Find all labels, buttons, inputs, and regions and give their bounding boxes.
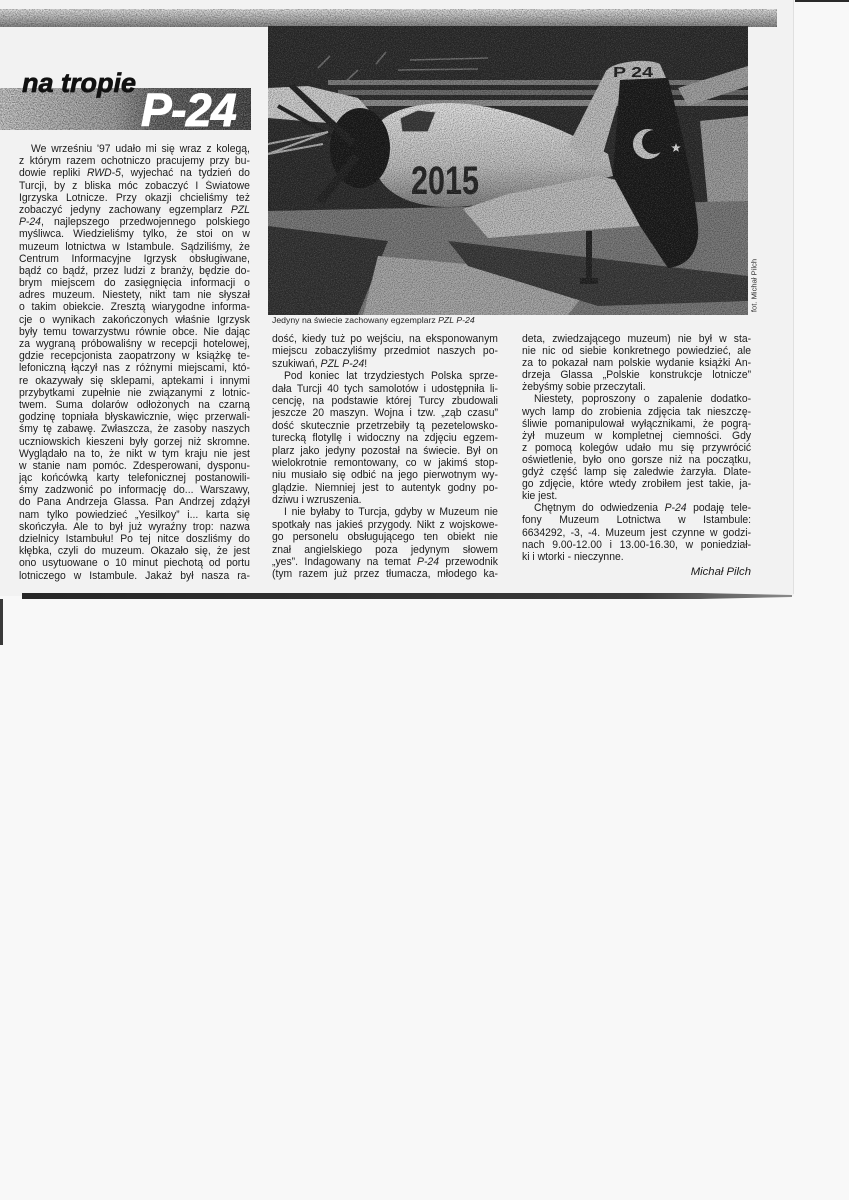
text-line: glądzie. Niemniej jest to autentyk godny…: [272, 482, 498, 494]
text-line: brym miejscem do zasięgnięcia informacji…: [19, 277, 250, 289]
article-column-3: deta, zwiedzającego muzeum) nie był w st…: [522, 333, 751, 563]
text-line: myśliwca. Wiedzieliśmy tylko, że stoi on…: [19, 228, 250, 240]
text-line: godzinę topniała błyskawicznie, więc prz…: [19, 411, 250, 423]
italic-text: RWD-5: [87, 167, 121, 179]
text-line: dziwu i wzruszenia.: [272, 494, 498, 506]
text-line: jąc końcówką karty telefonicznej postano…: [19, 472, 250, 484]
text-line: twem. Suma dolarów odłożonych na czarną: [19, 399, 250, 411]
text-line: dała Turcji 40 tych samolotów i udostępn…: [272, 383, 498, 395]
text-line: śmy zadzwonić po informację do... Warsza…: [19, 484, 250, 496]
text-line: śliwie pomanipulował wyłącznikami, że po…: [522, 418, 751, 430]
caption-text: Jedyny na świecie zachowany egzemplarz: [272, 315, 438, 325]
text-line: dzielnicy Istambułu! Po tej nitce doszli…: [19, 533, 250, 545]
text-line: spotkały nas jakieś przygody. Nikt z woj…: [272, 519, 498, 531]
text-line: były temu towarzystwu równie obce. Nie d…: [19, 326, 250, 338]
text-line: We wrześniu '97 udało mi się wraz z kole…: [19, 143, 250, 155]
text-line: turecką flotyllę i widoczny na zdjęciu e…: [272, 432, 498, 444]
paragraph: Pod koniec lat trzydziestych Polska sprz…: [272, 370, 498, 506]
text-line: oświetlenie, było ono gorsze niż na pocz…: [522, 454, 751, 466]
paragraph: We wrześniu '97 udało mi się wraz z kole…: [19, 143, 250, 582]
text-line: kie jest.: [522, 490, 751, 502]
text-line: do Pana Andrzeja Glassa. Pan Andrzej zdą…: [19, 496, 250, 508]
text-line: nach 9.00-12.00 i 13.00-16.30, w poniedz…: [522, 539, 751, 551]
text-line: deta, zwiedzającego muzeum) nie był w st…: [522, 333, 751, 345]
text-line: Turcji, by z bliska móc zobaczyć I Świat…: [19, 180, 250, 192]
text-line: gdyż część lamp się zaledwie żarzyła. Dl…: [522, 466, 751, 478]
title-main: P-24: [141, 87, 236, 133]
scan-top-right-line: [795, 0, 849, 2]
photo-credit: fot. Michał Pilch: [750, 255, 759, 317]
photo-p24-museum: 2015 P 24: [268, 26, 748, 315]
text-line: Pod koniec lat trzydziestych Polska sprz…: [272, 370, 498, 382]
text-line: miejscu zobaczyliśmy przedmiot naszych p…: [272, 345, 498, 357]
text-line: 6634292, -3, -4. Muzeum jest czynne w go…: [522, 527, 751, 539]
text-line: re okazywały się sklepami, aptekami i in…: [19, 375, 250, 387]
text-line: zobaczyć jedyny zachowany egzemplarz PZL: [19, 204, 250, 216]
clipping-bottom-edge: [22, 593, 792, 599]
text-line: fony Muzeum Lotnictwa w Istambule:: [522, 514, 751, 526]
clipping-right-edge: [793, 0, 794, 594]
text-line: ki i wtorki - nieczynne.: [522, 551, 751, 563]
text-line: Wyglądało na to, że nikt w tym kraju nie…: [19, 448, 250, 460]
text-line: cencję, na podstawie której Turcy zbudow…: [272, 395, 498, 407]
article-column-2: dość, kiedy tuż po wejściu, na eksponowa…: [272, 333, 498, 581]
text-line: gdzie recepcjonista zaopatrzony w książk…: [19, 350, 250, 362]
italic-text: P-24: [665, 502, 687, 514]
text-line: drzeja Glassa „Polskie konstrukcje lotni…: [522, 369, 751, 381]
caption-italic: PZL P-24: [438, 315, 475, 325]
text-line: cje o wynikach zakończonych właśnie Igrz…: [19, 314, 250, 326]
text-line: bądź co bądź, przez ludzi z branży, będz…: [19, 265, 250, 277]
top-noise-band: [0, 9, 777, 27]
scan-left-mark: [0, 599, 3, 645]
text-line: „yes”. Indagowany na temat P-24 przewodn…: [272, 556, 498, 568]
text-line: adres muzeum. Niestety, nikt tam nie sły…: [19, 289, 250, 301]
italic-text: PZL: [231, 204, 250, 216]
italic-text: PZL P-24: [321, 358, 365, 370]
paragraph: dość, kiedy tuż po wejściu, na eksponowa…: [272, 333, 498, 370]
article-column-1: We wrześniu '97 udało mi się wraz z kole…: [19, 143, 250, 582]
text-line: Niestety, poproszony o zapalenie dodatko…: [522, 393, 751, 405]
text-line: za to pokazał nam polskie wydanie książk…: [522, 357, 751, 369]
text-line: go personelu obsługującego ten obiekt ni…: [272, 531, 498, 543]
text-line: lotniczego w Istambule. Jakaż był nasza …: [19, 570, 250, 582]
text-line: nam tylko powiedzieć „Yesilkoy” i... kar…: [19, 509, 250, 521]
text-line: znał angielskiego poza jedynym słowem: [272, 544, 498, 556]
text-line: niu musiało się odbić na jego pierwotnym…: [272, 469, 498, 481]
italic-text: P-24: [417, 556, 439, 568]
text-line: skończyła. Ale to był już wyraźny trop: …: [19, 521, 250, 533]
text-line: za wygraną próbowaliśny w recepcji hotel…: [19, 338, 250, 350]
paragraph: Chętnym do odwiedzenia P-24 podaję tele-…: [522, 502, 751, 562]
text-line: dowie repliki RWD-5, wyjechać na tydzień…: [19, 167, 250, 179]
text-line: Centrum Informacyjne Igrzysk obsługiwane…: [19, 253, 250, 265]
text-line: żebyśmy sobie przeczytali.: [522, 381, 751, 393]
text-line: Igrzyska Lotnicze. Przy okazji chcieliśm…: [19, 192, 250, 204]
text-line: w stanie nam pomóc. Zdesperowani, dyspon…: [19, 460, 250, 472]
text-line: jeszcze 20 maszyn. Wojna i tzw. „ząb cza…: [272, 407, 498, 419]
text-line: szukiwań, PZL P-24!: [272, 358, 498, 370]
text-line: (tym razem już przez tłumacza, młodego k…: [272, 568, 498, 580]
text-line: nie nic od siebie konkretnego powiedzieć…: [522, 345, 751, 357]
text-line: kłębka, czyli do muzeum. Okazało się, że…: [19, 545, 250, 557]
text-line: P-24, najlepszego przedwojennego polskie…: [19, 216, 250, 228]
text-line: muzeum lotnictwa w Istambule. Sądziliśmy…: [19, 241, 250, 253]
text-line: żył muzeum w kompletnej ciemności. Gdy: [522, 430, 751, 442]
photo-grain: [268, 26, 748, 315]
text-line: dość, kiedy tuż po wejściu, na eksponowa…: [272, 333, 498, 345]
text-line: śmy tę zabawę. Zwłaszcza, że zasoby nasz…: [19, 423, 250, 435]
photo-caption: Jedyny na świecie zachowany egzemplarz P…: [272, 315, 475, 325]
text-line: wych lamp do zrobienia zdjęcia tak niesz…: [522, 406, 751, 418]
text-line: z pomocą kolegów udało mu się przywrócić: [522, 442, 751, 454]
paragraph: I nie byłaby to Turcja, gdyby w Muzeum n…: [272, 506, 498, 580]
italic-text: P-24: [19, 216, 41, 228]
text-line: go zdjęcie, które wtedy zrobiłem jest ta…: [522, 478, 751, 490]
author-signature: Michał Pilch: [600, 566, 751, 579]
text-line: plarz jako jedyny pozostał na świecie. B…: [272, 445, 498, 457]
text-line: z którym razem ochotniczo pracujemy przy…: [19, 155, 250, 167]
text-line: I nie byłaby to Turcja, gdyby w Muzeum n…: [272, 506, 498, 518]
text-line: lefoniczną łączył nas z różnymi miejscam…: [19, 362, 250, 374]
text-line: uczniowskich kieszeni były gorzej niż sk…: [19, 436, 250, 448]
title-prefix: na tropie: [22, 70, 136, 97]
paragraph: deta, zwiedzającego muzeum) nie był w st…: [522, 333, 751, 393]
text-line: o takim obiekcie. Zresztą wiarygodne inf…: [19, 301, 250, 313]
text-line: dość skutecznie przetrzebiły tą pezetelo…: [272, 420, 498, 432]
text-line: wielokrotnie remontowany, co w jakimś st…: [272, 457, 498, 469]
text-line: przybytkami zupełnie nie związanymi z lo…: [19, 387, 250, 399]
paragraph: Niestety, poproszony o zapalenie dodatko…: [522, 393, 751, 502]
text-line: ono usytuowane o 10 minut piechotą od po…: [19, 557, 250, 569]
text-line: Chętnym do odwiedzenia P-24 podaję tele-: [522, 502, 751, 514]
